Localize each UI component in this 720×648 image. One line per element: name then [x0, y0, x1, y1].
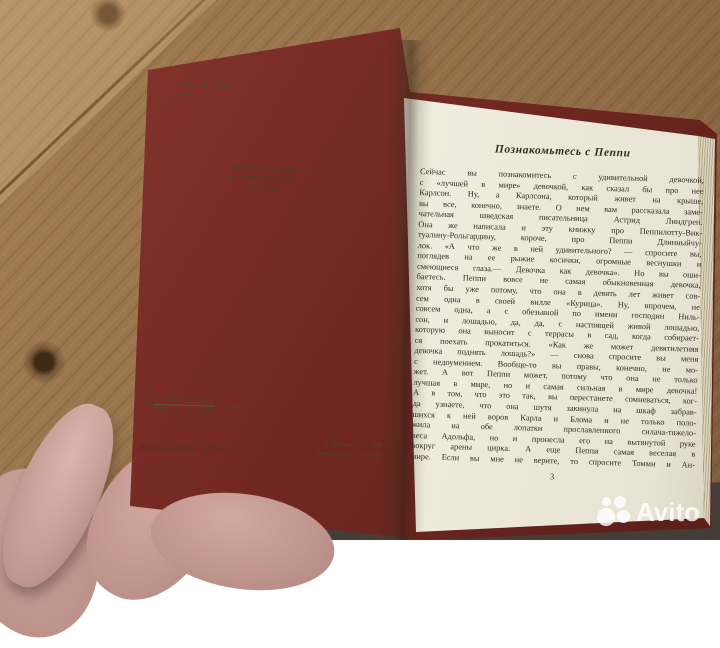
- preface-body: Сейчас вы познакомитесь с удивительной д…: [411, 167, 704, 471]
- photo-of-open-book: ББК 84И (Швед.) Л59 Перевод со шведского…: [0, 0, 720, 540]
- bbk-classification-stamp: ББК 84И (Швед.) Л59: [176, 81, 244, 102]
- avito-dot-icon: [597, 508, 615, 526]
- catalog-suffix: 56—90: [218, 402, 239, 411]
- catalog-prefix: Л: [147, 400, 151, 408]
- avito-watermark: Avito: [597, 496, 700, 528]
- catalog-fraction: 4804010100—075 М143 (03) — 90: [154, 395, 216, 416]
- catalog-denominator: М143 (03) — 90: [154, 405, 215, 416]
- avito-dot-icon: [614, 496, 626, 508]
- avito-logo-icon: [597, 496, 631, 528]
- translator-credit: Перевод со шведскогои вступительная стат…: [208, 162, 321, 195]
- copyright-block: © Лунгина Л. З., 1968© ил. Казачев С. В.…: [256, 440, 382, 459]
- preface-text-block: Познакомьтесь с Пеппи Сейчас вы познаком…: [410, 141, 704, 486]
- avito-wordmark: Avito: [636, 497, 700, 528]
- avito-dot-icon: [617, 510, 630, 523]
- catalog-code: Л 4804010100—075 М143 (03) — 90 56—90: [147, 395, 239, 416]
- isbn-line: ISBN 5—7020—0220—9: [138, 443, 235, 454]
- avito-dot-icon: [602, 497, 611, 506]
